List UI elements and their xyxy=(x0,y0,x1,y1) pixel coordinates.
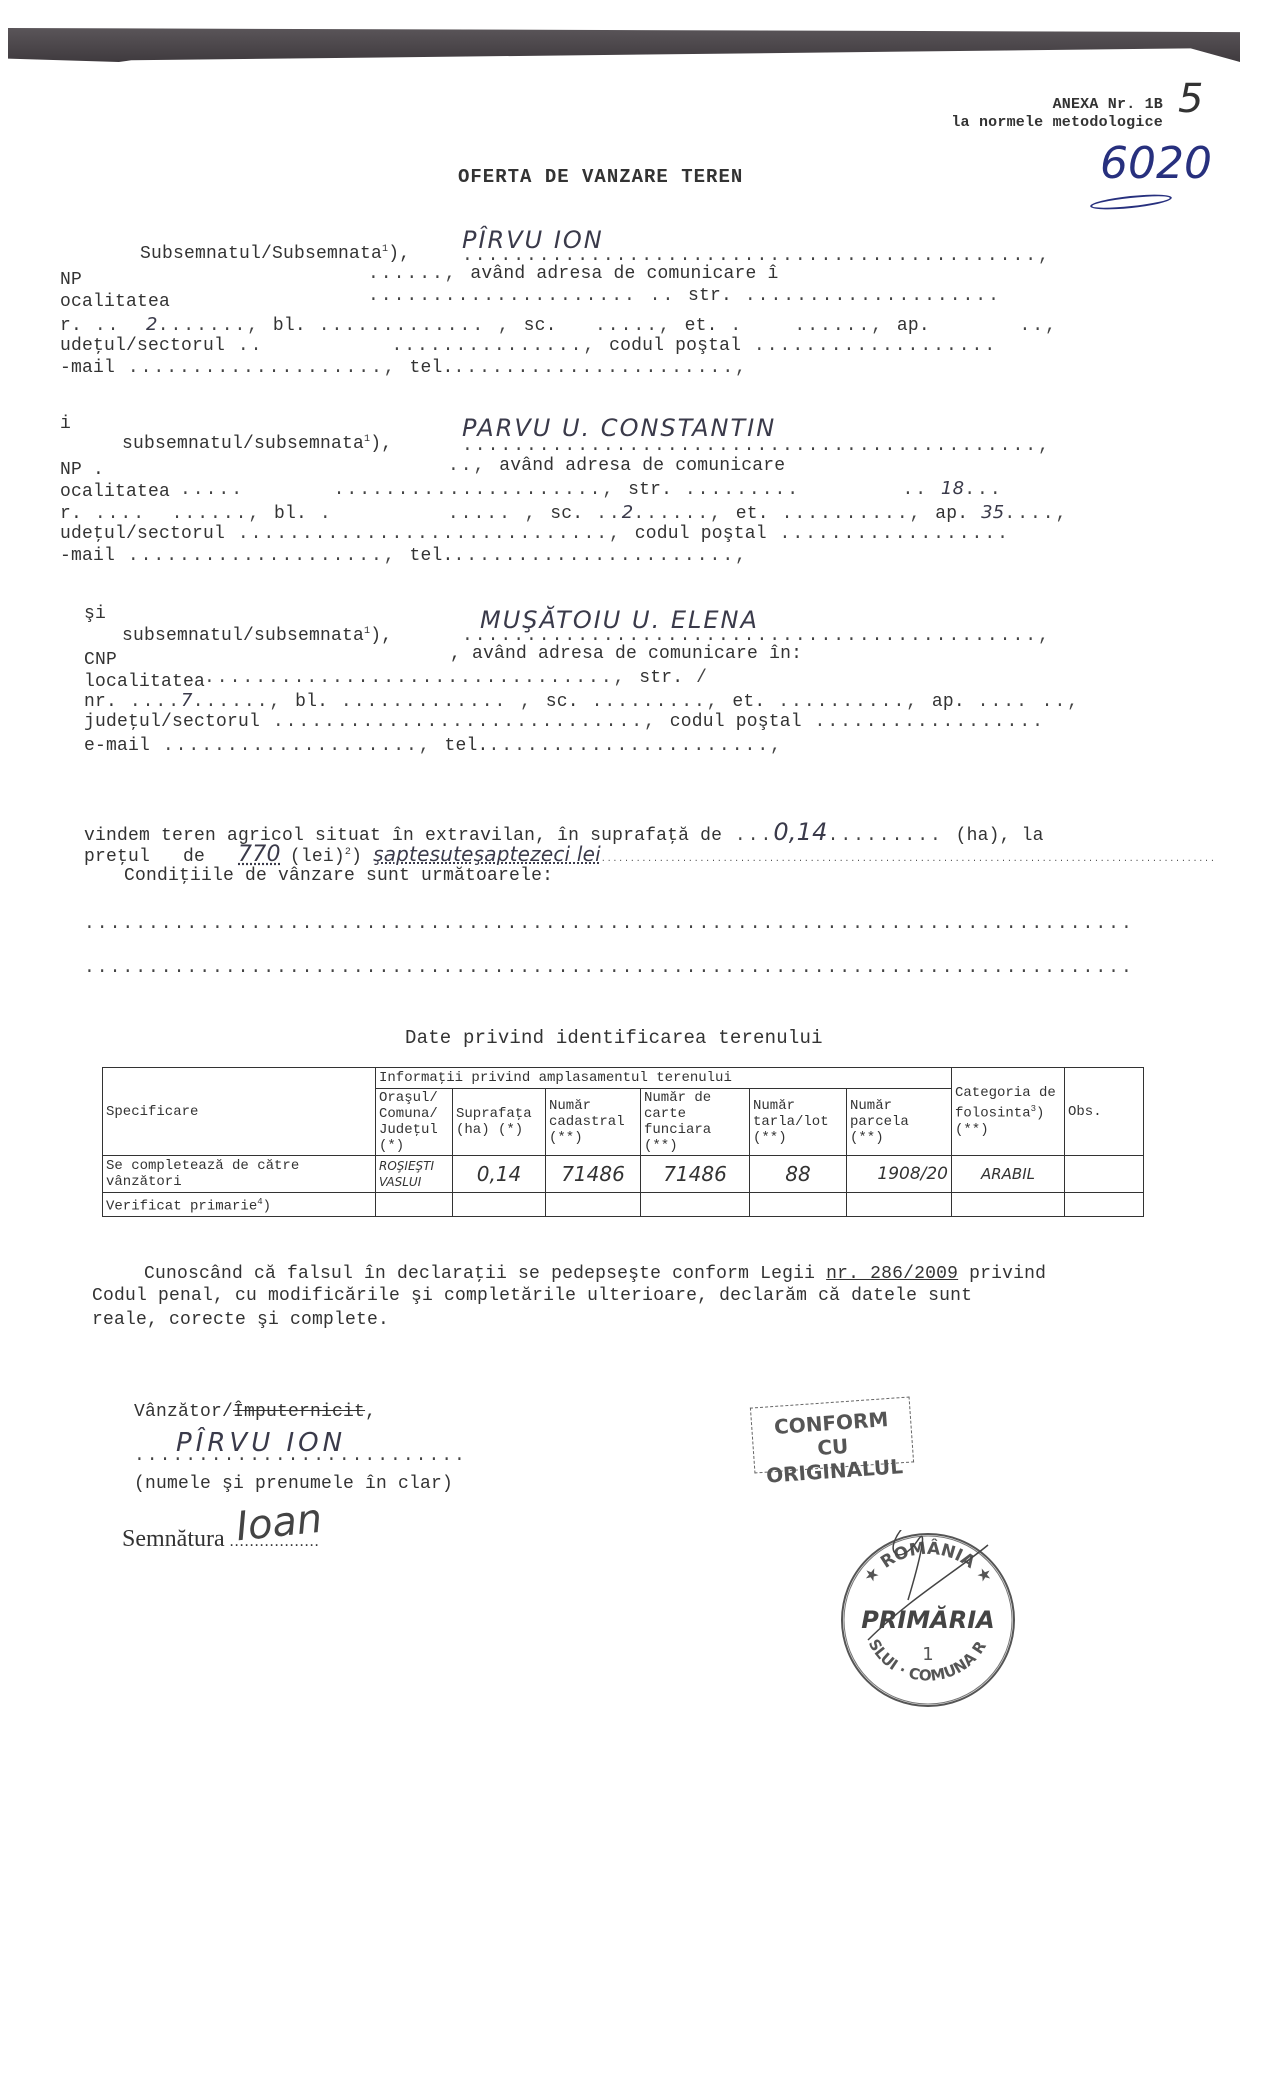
county-field[interactable]: udeţul/sectorul ........................… xyxy=(60,524,1010,544)
county-field[interactable]: judeţul/sectorul .......................… xyxy=(84,712,1045,732)
address-intro: .., având adresa de comunicare xyxy=(448,456,785,476)
county-field[interactable]: udeţul/sectorul .. ..............., codu… xyxy=(60,336,997,356)
cell-parcel[interactable]: 1908/20 xyxy=(847,1156,952,1193)
land-section-title: Date privind identificarea terenului xyxy=(405,1027,823,1049)
declaration-line-3: reale, corecte şi complete. xyxy=(92,1310,389,1330)
signer-name-line: .......................... xyxy=(134,1446,467,1466)
official-seal: ★ ROMÂNIA ★ JUD. VASLUI · COMUNA ROŞIEŞT… xyxy=(838,1530,1018,1710)
registration-underline xyxy=(1090,192,1173,213)
cell-tarla[interactable] xyxy=(750,1193,847,1217)
page-number-handwritten: 5 xyxy=(1178,76,1203,122)
declaration-line-2: Codul penal, cu modificările şi completă… xyxy=(92,1286,972,1306)
cell-locality[interactable]: ROŞIEŞTI VASLUI xyxy=(376,1156,453,1193)
cell-obs[interactable] xyxy=(1065,1193,1144,1217)
street-field[interactable]: ................................, str. / xyxy=(204,668,709,688)
row-label: Verificat primarie4) xyxy=(103,1193,376,1217)
cell-cadastral[interactable]: 71486 xyxy=(546,1156,641,1193)
group-header-location: Informaţii privind amplasamentul terenul… xyxy=(376,1068,952,1089)
address-intro: , având adresa de comunicare în: xyxy=(450,644,802,664)
column-header-parcel: Număr parcela (**) xyxy=(847,1089,952,1156)
conjunction: i xyxy=(60,414,71,434)
cell-land-book[interactable] xyxy=(641,1193,750,1217)
cell-category[interactable]: ARABIL xyxy=(952,1156,1065,1193)
email-field[interactable]: -mail ...................., tel.........… xyxy=(60,546,748,566)
street-field[interactable]: ..................... .. str. ..........… xyxy=(368,286,1001,306)
seller-intro-label: subsemnatul/subsemnata1), xyxy=(122,626,392,646)
column-header-area: Suprafaţa (ha) (*) xyxy=(453,1089,546,1156)
cell-tarla[interactable]: 88 xyxy=(750,1156,847,1193)
svg-text:PRIMĂRIA: PRIMĂRIA xyxy=(861,1604,994,1634)
cell-category[interactable] xyxy=(952,1193,1065,1217)
table-row: Verificat primarie4) xyxy=(103,1193,1144,1217)
column-header-obs: Obs. xyxy=(1065,1068,1144,1156)
cell-cadastral[interactable] xyxy=(546,1193,641,1217)
email-field[interactable]: e-mail ...................., tel........… xyxy=(84,736,783,756)
seal-icon: ★ ROMÂNIA ★ JUD. VASLUI · COMUNA ROŞIEŞT… xyxy=(838,1530,1018,1710)
nr-field[interactable]: r. .. 2......., bl. ............. , sc. … xyxy=(60,314,1058,336)
conditions-line-2[interactable]: ........................................… xyxy=(84,958,1134,978)
price-words[interactable]: şaptesuteşaptezeci lei xyxy=(373,842,601,866)
price-line: preţul de 770 (lei)2) şaptesuteşaptezeci… xyxy=(84,842,1216,867)
seller-intro-label: Subsemnatul/Subsemnata1), xyxy=(140,244,410,264)
land-identification-table: Specificare Informaţii privind amplasame… xyxy=(102,1067,1144,1217)
cell-parcel[interactable] xyxy=(847,1193,952,1217)
signer-name-hint: (numele şi prenumele în clar) xyxy=(134,1474,453,1494)
table-row: Se completează de către vânzători ROŞIEŞ… xyxy=(103,1156,1144,1193)
signature-handwritten[interactable]: Ioan xyxy=(234,1496,324,1551)
annex-subtitle: la normele metodologice xyxy=(951,114,1163,131)
conditions-label: Condiţiile de vânzare sunt următoarele: xyxy=(124,866,553,886)
svg-text:1: 1 xyxy=(922,1644,933,1665)
column-header-locality: Oraşul/ Comuna/ Judeţul (*) xyxy=(376,1089,453,1156)
row-label: Se completează de către vânzători xyxy=(103,1156,376,1193)
column-header-specification: Specificare xyxy=(103,1068,376,1156)
cnp-label: CNP xyxy=(84,650,117,670)
locality-label: ocalitatea xyxy=(60,482,170,502)
law-reference: nr. 286/2009 xyxy=(826,1264,958,1284)
column-header-category: Categoria de folosinta3)(**) xyxy=(952,1068,1065,1156)
conjunction: şi xyxy=(84,604,106,624)
column-header-cadastral: Număr cadastral (**) xyxy=(546,1089,641,1156)
annex-label: ANEXA Nr. 1B xyxy=(1053,96,1163,113)
price-value[interactable]: 770 xyxy=(238,842,281,867)
cell-land-book[interactable]: 71486 xyxy=(641,1156,750,1193)
nr-field[interactable]: nr. ....7......, bl. ............. , sc.… xyxy=(84,690,1080,712)
declaration-line-1: Cunoscând că falsul în declaraţii se ped… xyxy=(144,1264,1046,1284)
address-intro: ......, având adresa de comunicare î xyxy=(368,264,778,284)
page-title: OFERTA DE VANZARE TEREN xyxy=(458,166,743,188)
locality-label: ocalitatea xyxy=(60,292,170,312)
cnp-label: NP . xyxy=(60,460,104,480)
cnp-label: NP xyxy=(60,270,82,290)
cell-area[interactable]: 0,14 xyxy=(453,1156,546,1193)
locality-label: localitatea xyxy=(84,672,205,692)
cell-area[interactable] xyxy=(453,1193,546,1217)
seller-intro-label: subsemnatul/subsemnata1), xyxy=(122,434,392,454)
email-field[interactable]: -mail ...................., tel.........… xyxy=(60,358,748,378)
svg-text:★ ROMÂNIA ★: ★ ROMÂNIA ★ xyxy=(860,1537,997,1588)
conditions-line-1[interactable]: ........................................… xyxy=(84,914,1134,934)
seller-role-label: Vânzător/Împuternicit, xyxy=(134,1402,376,1422)
column-header-land-book: Număr de carte funciara (**) xyxy=(641,1089,750,1156)
cell-locality[interactable] xyxy=(376,1193,453,1217)
cell-obs[interactable] xyxy=(1065,1156,1144,1193)
conform-stamp: CONFORM CU ORIGINALUL xyxy=(750,1396,914,1473)
scan-edge-shadow xyxy=(8,28,1240,62)
column-header-tarla: Număr tarla/lot (**) xyxy=(750,1089,847,1156)
registration-number-handwritten: 6020 xyxy=(1100,138,1212,189)
street-field[interactable]: ..... ....................., str. ......… xyxy=(180,478,1003,500)
nr-field[interactable]: r. .... ......, bl. . ..... , sc. ..2...… xyxy=(60,502,1068,524)
